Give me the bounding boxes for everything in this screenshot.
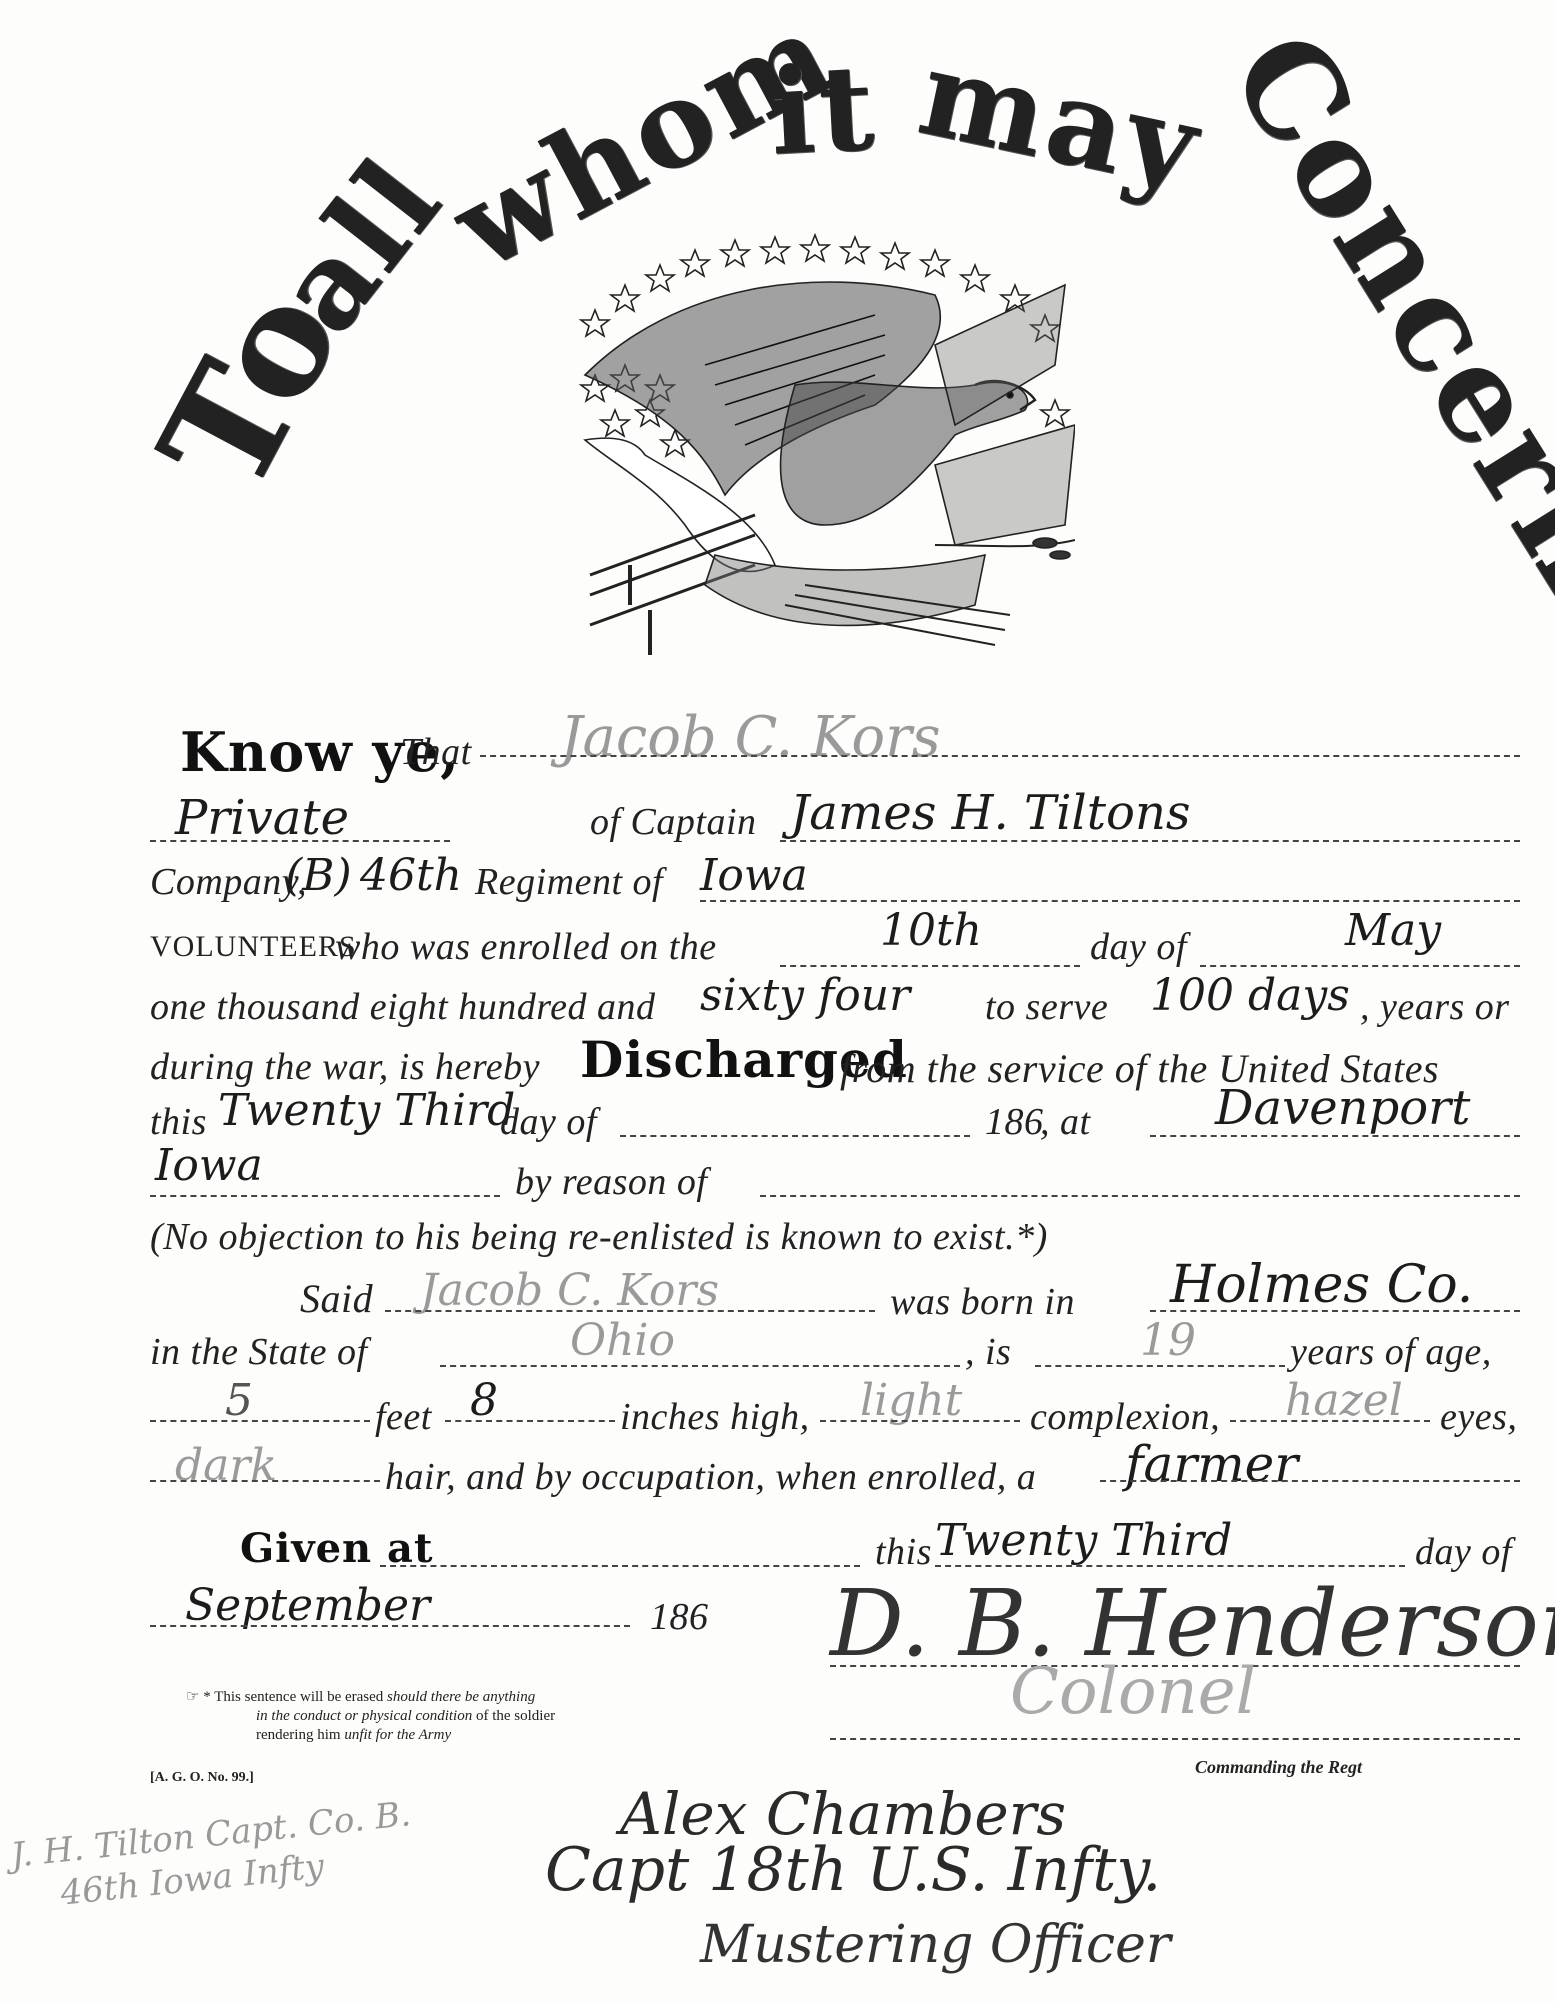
said-name-line: [385, 1310, 875, 1312]
born-place-field[interactable]: Holmes Co.: [1170, 1255, 1473, 1315]
given-day-of-label: day of: [1415, 1530, 1512, 1574]
footnote-line-2: in the conduct or physical condition of …: [186, 1707, 555, 1726]
years-of-age-label: years of age,: [1290, 1330, 1492, 1374]
eyes-line: [1230, 1420, 1430, 1422]
mustering-officer-rank: Capt 18th U.S. Infty.: [545, 1835, 1161, 1905]
reason-line: [760, 1195, 1520, 1197]
service-term-field[interactable]: 100 days: [1150, 970, 1350, 1021]
captain-name-line: [780, 840, 1520, 842]
form-number: [A. G. O. No. 99.]: [150, 1770, 254, 1786]
born-state-field[interactable]: Ohio: [570, 1315, 675, 1366]
discharge-state-field[interactable]: Iowa: [155, 1140, 263, 1191]
by-reason-label: by reason of: [515, 1160, 707, 1204]
to-serve-label: to serve: [985, 985, 1108, 1029]
year-prefix-label: one thousand eight hundred and: [150, 985, 655, 1029]
discharge-state-line: [150, 1195, 500, 1197]
company-label: Company,: [150, 860, 307, 904]
volunteers-label: VOLUNTEERS: [150, 930, 357, 964]
said-name-field[interactable]: Jacob C. Kors: [420, 1265, 719, 1316]
hair-label: hair, and by occupation, when enrolled, …: [385, 1455, 1036, 1499]
pointing-hand-icon: ☞ *: [186, 1689, 211, 1705]
no-objection-note: (No objection to his being re-enlisted i…: [150, 1215, 1048, 1259]
age-line: [1035, 1365, 1285, 1367]
company-letter-field[interactable]: (B): [285, 850, 352, 901]
age-field[interactable]: 19: [1140, 1315, 1196, 1366]
enrolled-month-field[interactable]: May: [1345, 905, 1441, 956]
heading-word-may: may: [909, 22, 1214, 217]
eyes-label: eyes,: [1440, 1395, 1517, 1439]
complexion-line: [820, 1420, 1020, 1422]
discharge-day-of-label: day of: [500, 1100, 597, 1144]
given-this-label: this: [875, 1530, 932, 1574]
commander-title: Colonel: [1010, 1655, 1256, 1729]
enrolled-month-line: [1200, 965, 1520, 967]
regiment-number-field[interactable]: 46th: [360, 850, 462, 901]
enrolled-text: who was enrolled on the: [335, 925, 717, 969]
is-label: , is: [965, 1330, 1011, 1374]
given-month-line: [150, 1625, 630, 1627]
enrolled-year-field[interactable]: sixty four: [700, 970, 910, 1021]
day-of-label: day of: [1090, 925, 1187, 969]
of-captain-label: of Captain: [590, 800, 757, 844]
given-day-field[interactable]: Twenty Third: [935, 1515, 1232, 1566]
mustering-officer-title: Mustering Officer: [700, 1915, 1171, 1975]
given-at-line: [380, 1565, 860, 1567]
rank-line: [150, 840, 450, 842]
eyes-field[interactable]: hazel: [1285, 1375, 1403, 1426]
discharge-place-line: [1150, 1135, 1520, 1137]
eagle-icon: [555, 225, 1075, 665]
hair-field[interactable]: dark: [175, 1440, 277, 1491]
during-war-label: during the war, is hereby: [150, 1045, 540, 1089]
soldier-name-field[interactable]: Jacob C. Kors: [560, 705, 941, 770]
height-feet-line: [150, 1420, 370, 1422]
said-label: Said: [300, 1275, 373, 1322]
born-state-line: [440, 1365, 960, 1367]
inches-label: inches high,: [620, 1395, 810, 1439]
enrolled-day-line: [780, 965, 1080, 967]
this-label: this: [150, 1100, 207, 1144]
discharge-year-label: 186: [985, 1100, 1044, 1144]
commanding-label: Commanding the Regt: [1195, 1757, 1362, 1778]
discharge-day-field[interactable]: Twenty Third: [218, 1085, 515, 1136]
occupation-line: [1100, 1480, 1520, 1482]
given-month-field[interactable]: September: [185, 1580, 430, 1631]
heading-word-it: it: [766, 37, 880, 181]
given-year-label: 186: [650, 1595, 709, 1639]
rank-field[interactable]: Private: [175, 790, 349, 846]
born-in-label: was born in: [890, 1280, 1075, 1324]
height-inches-field[interactable]: 8: [470, 1375, 498, 1426]
given-day-line: [935, 1565, 1405, 1567]
in-state-label: in the State of: [150, 1330, 368, 1374]
discharge-certificate: To all whom it may Concern:: [0, 0, 1555, 2003]
complexion-label: complexion,: [1030, 1395, 1220, 1439]
discharge-month-line: [620, 1135, 970, 1137]
occupation-field[interactable]: farmer: [1125, 1435, 1298, 1493]
regiment-state-field[interactable]: Iowa: [700, 850, 808, 901]
complexion-field[interactable]: light: [860, 1375, 962, 1426]
that-label: That: [400, 730, 472, 774]
years-or-label: , years or: [1360, 985, 1510, 1029]
regiment-state-line: [700, 900, 1520, 902]
height-feet-field[interactable]: 5: [225, 1375, 253, 1426]
hair-line: [150, 1480, 380, 1482]
captain-name-field[interactable]: James H. Tiltons: [790, 785, 1191, 841]
height-inches-line: [445, 1420, 615, 1422]
regiment-label: Regiment of: [475, 860, 663, 904]
born-place-line: [1150, 1310, 1520, 1312]
soldier-name-line: [480, 755, 1520, 757]
footnote-line-1: ☞ * This sentence will be erased should …: [186, 1688, 555, 1707]
enrolled-day-field[interactable]: 10th: [880, 905, 982, 956]
footnote: ☞ * This sentence will be erased should …: [186, 1688, 555, 1745]
discharge-place-field[interactable]: Davenport: [1215, 1080, 1470, 1136]
commander-title-line: [830, 1738, 1520, 1740]
feet-label: feet: [375, 1395, 432, 1439]
at-label: , at: [1040, 1100, 1091, 1144]
eagle-illustration: [555, 225, 1075, 665]
footnote-line-3: rendering him unfit for the Army: [186, 1726, 555, 1745]
heading-word-concern: Concern:: [1201, 7, 1555, 663]
